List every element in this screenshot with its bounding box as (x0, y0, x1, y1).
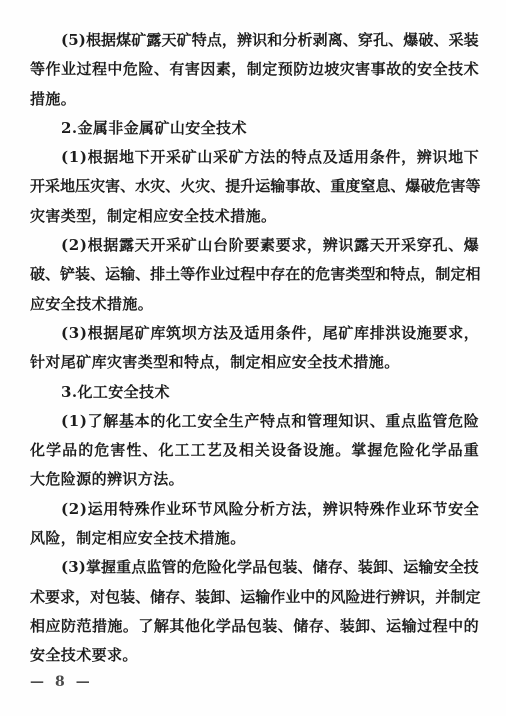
text-line: 灾害类型，制定相应安全技术措施。 (30, 202, 479, 231)
text-line: (2)运用特殊作业环节风险分析方法，辨识特殊作业环节安全 (30, 495, 479, 524)
text-line: (1)根据地下开采矿山采矿方法的特点及适用条件，辨识地下 (30, 143, 479, 172)
text-line: 措施。 (30, 85, 479, 114)
text-line: 大危险源的辨识方法。 (30, 465, 479, 494)
text-line: 开采地压灾害、水灾、火灾、提升运输事故、重度窒息、爆破危害等 (30, 172, 479, 201)
text-block: (5)根据煤矿露天矿特点，辨识和分析剥离、穿孔、爆破、采装等作业过程中危险、有害… (30, 26, 479, 671)
footer-right-dash: — (76, 674, 90, 690)
footer-left-dash: — (30, 674, 44, 690)
text-line: 破、铲装、运输、排土等作业过程中存在的危害类型和特点，制定相 (30, 260, 479, 289)
text-line: 术要求，对包装、储存、装卸、运输作业中的风险进行辨识，并制定 (30, 583, 479, 612)
text-line: (3)根据尾矿库筑坝方法及适用条件，尾矿库排洪设施要求， (30, 319, 479, 348)
text-line: 3.化工安全技术 (30, 378, 479, 407)
text-line: 相应防范措施。了解其他化学品包装、储存、装卸、运输过程中的 (30, 612, 479, 641)
text-line: (3)掌握重点监管的危险化学品包装、储存、装卸、运输安全技 (30, 553, 479, 582)
text-line: 安全技术要求。 (30, 641, 479, 670)
text-line: 化学品的危害性、化工工艺及相关设备设施。掌握危险化学品重 (30, 436, 479, 465)
text-line: 风险，制定相应安全技术措施。 (30, 524, 479, 553)
document-page: (5)根据煤矿露天矿特点，辨识和分析剥离、穿孔、爆破、采装等作业过程中危险、有害… (0, 0, 506, 716)
text-line: 应安全技术措施。 (30, 290, 479, 319)
text-line: (1)了解基本的化工安全生产特点和管理知识、重点监管危险 (30, 407, 479, 436)
text-line: 等作业过程中危险、有害因素，制定预防边坡灾害事故的安全技术 (30, 55, 479, 84)
page-number: 8 (55, 674, 65, 690)
page-footer: — 8 — (30, 674, 90, 690)
text-line: 针对尾矿库灾害类型和特点，制定相应安全技术措施。 (30, 348, 479, 377)
text-line: 2.金属非金属矿山安全技术 (30, 114, 479, 143)
text-line: (2)根据露天开采矿山台阶要素要求，辨识露天开采穿孔、爆 (30, 231, 479, 260)
text-line: (5)根据煤矿露天矿特点，辨识和分析剥离、穿孔、爆破、采装 (30, 26, 479, 55)
